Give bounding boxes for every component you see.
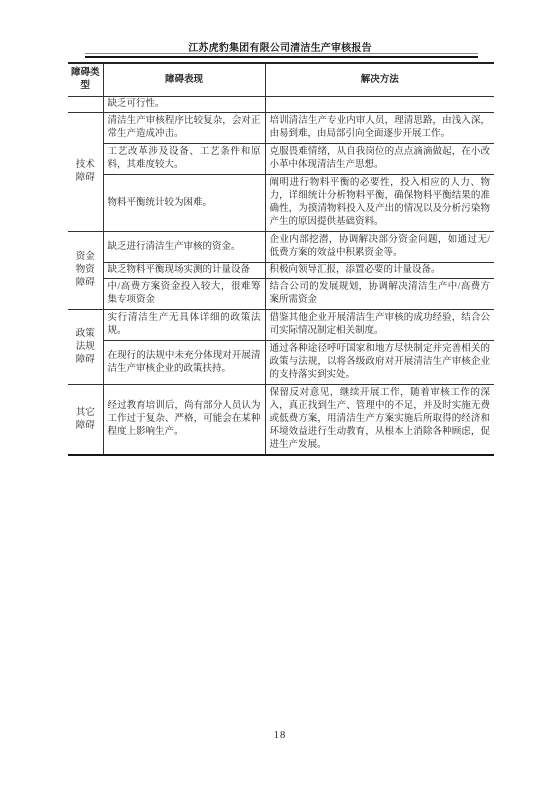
obstacle-cell: 中/高费方案资金投入较大，很难筹集专项资金 [103, 279, 265, 310]
table-row: 其它障碍 经过教育培训后，尚有部分人员认为工作过于复杂、严格，可能会在某种程度上… [68, 385, 494, 456]
table-row: 中/高费方案资金投入较大，很难筹集专项资金 结合公司的发展规划，协调解决清洁生产… [68, 279, 494, 310]
obstacle-cell: 经过教育培训后，尚有部分人员认为工作过于复杂、严格，可能会在某种程度上影响生产。 [103, 385, 265, 456]
solution-cell: 培训清洁生产专业内审人员，理清思路，由浅入深，由易到难，由局部引向全面逐步开展工… [265, 113, 494, 144]
obstacle-type-cell [68, 97, 103, 113]
table-row: 缺乏物料平衡现场实测的计量设备 积极向领导汇报，添置必要的计量设备。 [68, 263, 494, 279]
solution-cell: 借鉴其他企业开展清洁生产审核的成功经验，结合公司实际情况制定相关制度。 [265, 310, 494, 341]
obstacle-type-cell: 资金物资障碍 [68, 232, 103, 310]
column-header-obstacle: 障碍表现 [103, 63, 265, 97]
table-row: 缺乏可行性。 [68, 97, 494, 113]
obstacle-cell: 缺乏物料平衡现场实测的计量设备 [103, 263, 265, 279]
table-row: 物料平衡统计较为困难。 阐明进行物料平衡的必要性，投入相应的人力、物力，详细统计… [68, 175, 494, 232]
solution-cell: 克服畏难情绪，从自我岗位的点点滴滴做起，在小改小革中体现清洁生产思想。 [265, 144, 494, 175]
obstacle-cell: 缺乏进行清洁生产审核的资金。 [103, 232, 265, 263]
table-row: 资金物资障碍 缺乏进行清洁生产审核的资金。 企业内部挖潜，协调解决部分资金问题，… [68, 232, 494, 263]
obstacle-cell: 工艺改革涉及设备、工艺条件和原料，其难度较大。 [103, 144, 265, 175]
solution-cell: 通过各种途径呼吁国家和地方尽快制定并完善相关的政策与法规，以将各级政府对开展清洁… [265, 341, 494, 385]
obstacle-type-cell: 政策法规障碍 [68, 310, 103, 385]
solution-cell: 保留反对意见，继续开展工作，随着审核工作的深入，真正找到生产、管理中的不足，并及… [265, 385, 494, 456]
table-header-row: 障碍类型 障碍表现 解决方法 [68, 63, 494, 97]
obstacle-cell: 物料平衡统计较为困难。 [103, 175, 265, 232]
document-page: 江苏虎豹集团有限公司清洁生产审核报告 障碍类型 障碍表现 解决方法 缺乏可行性。… [0, 0, 560, 792]
obstacle-cell: 缺乏可行性。 [103, 97, 265, 113]
column-header-solution: 解决方法 [265, 63, 494, 97]
page-number: 18 [0, 730, 560, 741]
obstacle-type-cell: 技术障碍 [68, 113, 103, 232]
solution-cell: 结合公司的发展规划，协调解决清洁生产中/高费方案所需资金 [265, 279, 494, 310]
solution-cell [265, 97, 494, 113]
table-row: 技术障碍 清洁生产审核程序比较复杂，会对正常生产造成冲击。 培训清洁生产专业内审… [68, 113, 494, 144]
page-header-title: 江苏虎豹集团有限公司清洁生产审核报告 [0, 39, 560, 54]
solution-cell: 阐明进行物料平衡的必要性，投入相应的人力、物力，详细统计分析物料平衡，确保物料平… [265, 175, 494, 232]
table-row: 政策法规障碍 实行清洁生产无具体详细的政策法规。 借鉴其他企业开展清洁生产审核的… [68, 310, 494, 341]
obstacle-type-cell: 其它障碍 [68, 385, 103, 456]
obstacle-cell: 清洁生产审核程序比较复杂，会对正常生产造成冲击。 [103, 113, 265, 144]
obstacle-cell: 在现行的法规中未充分体现对开展清洁生产审核企业的政策扶持。 [103, 341, 265, 385]
solution-cell: 积极向领导汇报，添置必要的计量设备。 [265, 263, 494, 279]
table-row: 工艺改革涉及设备、工艺条件和原料，其难度较大。 克服畏难情绪，从自我岗位的点点滴… [68, 144, 494, 175]
obstacle-cell: 实行清洁生产无具体详细的政策法规。 [103, 310, 265, 341]
column-header-obstacle-type: 障碍类型 [68, 63, 103, 97]
header-rule [85, 53, 478, 58]
solution-cell: 企业内部挖潜，协调解决部分资金问题，如通过无/低费方案的效益中积累资金等。 [265, 232, 494, 263]
obstacles-table: 障碍类型 障碍表现 解决方法 缺乏可行性。 技术障碍 清洁生产审核程序比较复杂，… [68, 62, 494, 456]
table-row: 在现行的法规中未充分体现对开展清洁生产审核企业的政策扶持。 通过各种途径呼吁国家… [68, 341, 494, 385]
